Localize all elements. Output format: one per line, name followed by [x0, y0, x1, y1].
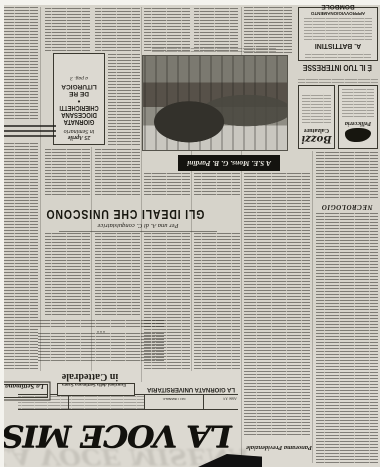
- text-column: [95, 231, 140, 315]
- dateline-issue-cell: Anno XV: [203, 395, 238, 409]
- masthead-title: LA VOCE MISENA: [0, 418, 232, 453]
- text-column: [95, 149, 140, 195]
- ad-bozzi-name: Bozzi: [299, 133, 334, 144]
- bold-subhead-lines: [4, 122, 56, 137]
- announcement-date: 25 Aprile: [54, 134, 104, 140]
- news-photo: [142, 55, 288, 151]
- dateline-type-cell: SETTIMANALE POLITICO SOCIALE: [144, 395, 203, 409]
- text-column: [45, 149, 90, 195]
- announcement-box: 25 Aprile in Seminario GIORNATA DIOCESAN…: [53, 53, 105, 145]
- paper-type-line1: SETTIMANALE: [158, 397, 190, 400]
- rubric-panorama-previdenziale: Panorama Previdenziale: [244, 444, 312, 451]
- teaser-funzioni-label: Funzioni della Settimana Santa: [62, 383, 126, 388]
- headline-ideali: GLI IDEALI CHE UNISCONO: [72, 207, 205, 221]
- text-column: [194, 173, 240, 195]
- ad-bozzi-sub: Calzature: [299, 127, 334, 133]
- ad-battistini-name: A. BATTISTINI: [302, 42, 374, 51]
- ad-bullet-lines: [304, 18, 372, 40]
- ad-small-text: [302, 93, 331, 123]
- column-rule: [40, 7, 41, 371]
- announcement-l1: GIORNATA: [58, 118, 101, 125]
- text-column: [95, 7, 140, 51]
- ad-interesse-banner: È IL TUO INTERESSE: [298, 60, 378, 78]
- heading-necrologio: NECROLOGIO: [316, 203, 378, 211]
- announcement-place: in Seminario: [54, 128, 104, 134]
- dateline-prices-cell: [68, 395, 145, 409]
- kicker-ideali: Per una A. di C. conquistatrice: [59, 222, 217, 229]
- text-column: [144, 231, 190, 369]
- ad-small-text: [342, 89, 374, 117]
- issue-number: Anno XV: [223, 396, 238, 400]
- teaser-funzioni-box: Funzioni della Settimana Santa: [57, 383, 135, 396]
- text-column: [316, 152, 378, 198]
- newspaper-page-upside-down: LA VOCE MISENA LA VOCE MISENA Anno XV SE…: [0, 0, 380, 467]
- announcement-page-ref: a pag. 3: [54, 75, 104, 81]
- ad-interesse-text: È IL TUO INTERESSE: [303, 63, 372, 72]
- ad-small-text: [298, 79, 378, 83]
- fox-silhouette-icon: [345, 128, 371, 142]
- ad-bozzi: Bozzi Calzature: [298, 85, 335, 149]
- text-column: [194, 231, 240, 369]
- ad-pellicceria: Pellicceria: [338, 85, 378, 149]
- scan-margin: [0, 0, 380, 5]
- text-column: [0, 7, 38, 119]
- text-column: [194, 7, 238, 51]
- newsprint-sheet: LA VOCE MISENA LA VOCE MISENA Anno XV SE…: [0, 0, 380, 467]
- headline-in-cattedrale: in Cattedrale: [40, 371, 140, 382]
- ad-pellicceria-name: Pellicceria: [339, 120, 377, 126]
- teaser-settimana-box: La Settimana: [1, 384, 48, 398]
- article-ideali-head-block: Per una A. di C. conquistatrice GLI IDEA…: [59, 207, 217, 232]
- teaser-settimana-label: La Settimana: [5, 382, 44, 390]
- text-column: [45, 231, 90, 315]
- announcement-l5: LITURGICA: [54, 83, 104, 90]
- announcement-bullet: ●: [54, 97, 104, 104]
- text-column: [144, 7, 190, 51]
- text-column: [108, 53, 140, 145]
- text-column: [316, 213, 378, 463]
- dateline-bar: Anno XV SETTIMANALE POLITICO SOCIALE: [18, 394, 238, 410]
- ad-battistini-bottom1: APPROVVIGIONAMENTO: [303, 10, 373, 15]
- ad-small-text: [305, 52, 371, 58]
- ad-battistini: A. BATTISTINI APPROVVIGIONAMENTO BOMBOLE: [298, 7, 378, 61]
- teaser-universitaria: LA GIORNATA UNIVERSITARIA: [147, 386, 235, 393]
- scan-margin: [0, 0, 4, 467]
- headline-pardini-bar: A S.E. Mons. G. B. Pardini: [178, 155, 280, 171]
- text-column: [45, 7, 90, 51]
- column-rule: [312, 151, 313, 463]
- announcement-l4: DE RE: [54, 90, 104, 97]
- announcement-l2: DIOCESANA: [58, 111, 101, 118]
- text-column: [0, 143, 38, 369]
- text-column: [144, 173, 190, 195]
- text-column: [244, 173, 310, 435]
- announcement-l3: CHIERICHETTI: [59, 104, 99, 111]
